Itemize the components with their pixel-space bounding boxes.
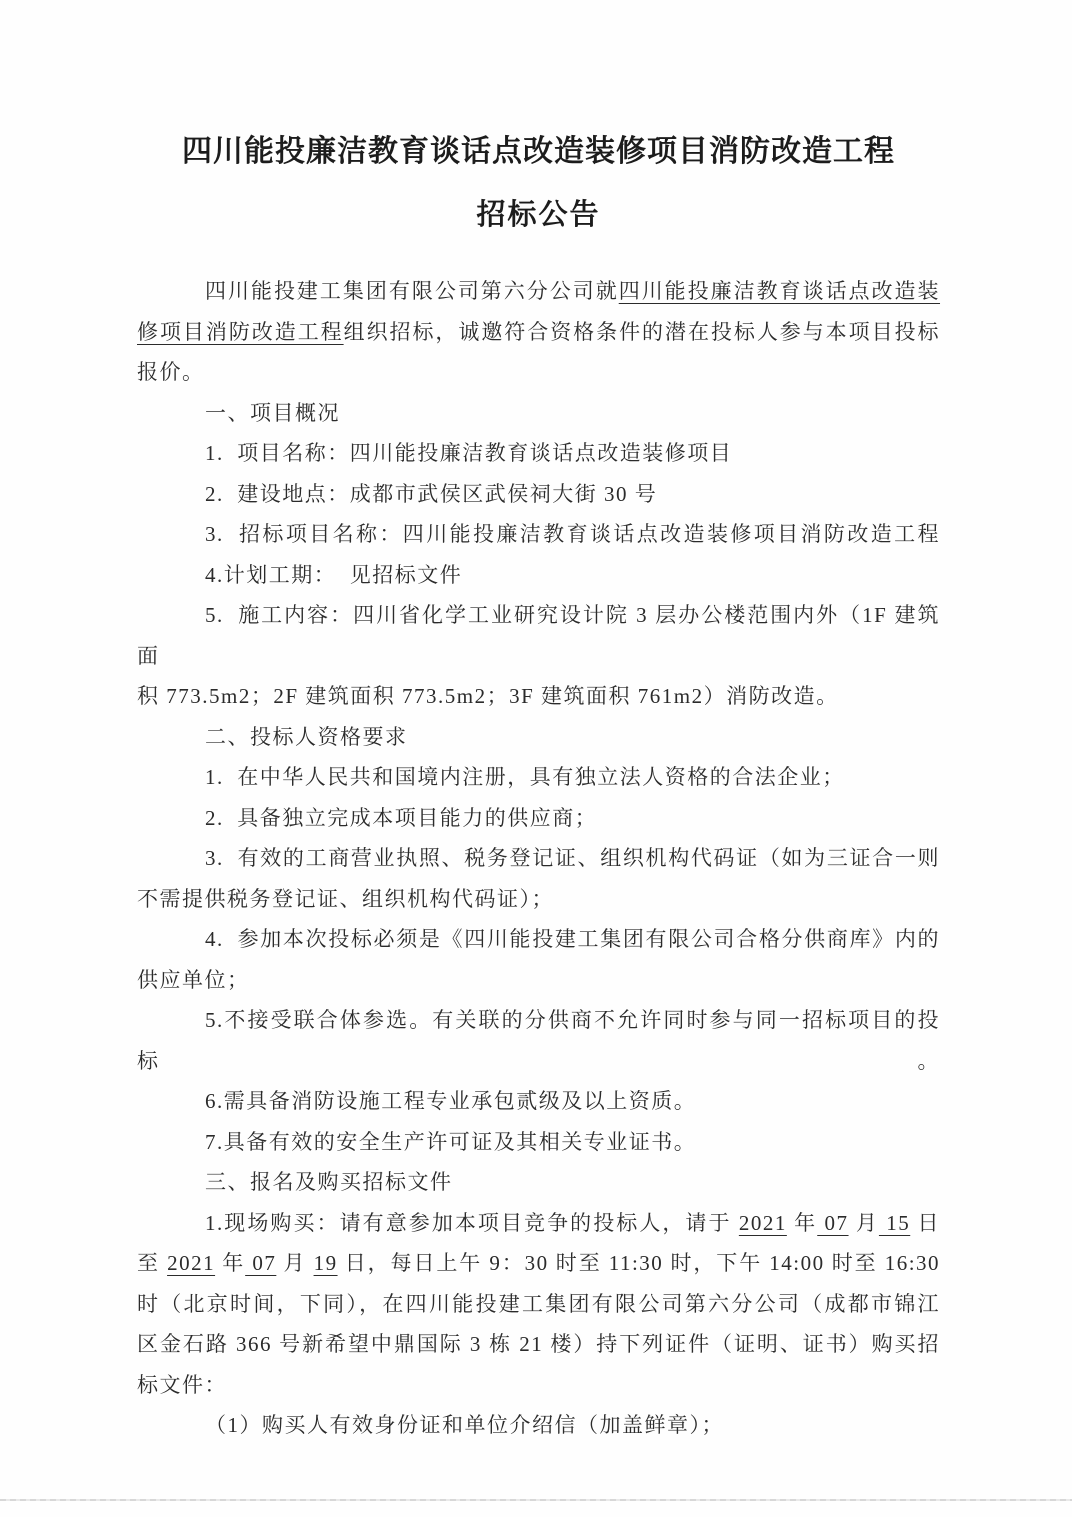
text-line: 二、投标人资格要求 [137, 717, 940, 758]
text-run: 不需提供税务登记证、组织机构代码证）； [137, 887, 554, 911]
text-run: 5. 施工内容：四川省化学工业研究设计院 3 层办公楼范围内外（1F 建筑面 [137, 603, 940, 668]
underlined-text-run: 修项目消防改造工程 [137, 320, 344, 344]
text-run: 一、项目概况 [205, 401, 340, 425]
text-line: 2. 具备独立完成本项目能力的供应商； [137, 798, 940, 839]
text-run: 区金石路 366 号新希望中鼎国际 3 栋 21 楼）持下列证件（证明、证书）购… [137, 1332, 940, 1356]
text-line: 1. 在中华人民共和国境内注册，具有独立法人资格的合法企业； [137, 757, 940, 798]
text-line: 5.不接受联合体参选。有关联的分供商不允许同时参与同一招标项目的投标。 [137, 1000, 940, 1081]
underlined-text-run: 15 [879, 1211, 910, 1235]
underlined-text-run: 四川能投廉洁教育谈话点改造装 [619, 279, 940, 303]
text-run: 2. 具备独立完成本项目能力的供应商； [205, 806, 597, 830]
text-run: 6.需具备消防设施工程专业承包贰级及以上资质。 [205, 1089, 696, 1113]
text-line: 至 2021 年 07 月 19 日，每日上午 9：30 时至 11:30 时，… [137, 1243, 940, 1284]
text-run: 1.现场购买：请有意参加本项目竞争的投标人，请于 [205, 1211, 739, 1235]
text-run: 3. 招标项目名称：四川能投廉洁教育谈话点改造装修项目消防改造工程 [205, 522, 940, 546]
text-line: 四川能投建工集团有限公司第六分公司就四川能投廉洁教育谈话点改造装 [137, 271, 940, 312]
text-run: 月 [849, 1211, 879, 1235]
text-run: 3. 有效的工商营业执照、税务登记证、组织机构代码证（如为三证合一则 [205, 846, 940, 870]
text-line: 不需提供税务登记证、组织机构代码证）； [137, 879, 940, 920]
text-line: 标文件： [137, 1365, 940, 1406]
text-line: 1. 项目名称：四川能投廉洁教育谈话点改造装修项目 [137, 433, 940, 474]
underlined-text-run: 07 [245, 1251, 276, 1275]
text-run: 2. 建设地点：成都市武侯区武侯祠大街 30 号 [205, 482, 657, 506]
text-run: 供应单位； [137, 968, 250, 992]
underlined-text-run: 19 [314, 1251, 338, 1275]
text-run: 年 [215, 1251, 245, 1275]
text-run: 1. 项目名称：四川能投廉洁教育谈话点改造装修项目 [205, 441, 732, 465]
text-line: 6.需具备消防设施工程专业承包贰级及以上资质。 [137, 1081, 940, 1122]
underlined-text-run: 2021 [739, 1211, 787, 1235]
document-subtitle: 招标公告 [137, 193, 940, 237]
text-run: 三、报名及购买招标文件 [205, 1170, 453, 1194]
text-run: 4. 参加本次投标必须是《四川能投建工集团有限公司合格分供商库》内的 [205, 927, 940, 951]
text-run: 报价。 [137, 360, 205, 384]
text-run: 年 [787, 1211, 817, 1235]
document-page: 四川能投廉洁教育谈话点改造装修项目消防改造工程 招标公告 四川能投建工集团有限公… [0, 0, 1072, 1517]
document-content: 四川能投廉洁教育谈话点改造装修项目消防改造工程 招标公告 四川能投建工集团有限公… [137, 130, 940, 1446]
text-line: 供应单位； [137, 960, 940, 1001]
text-line: 区金石路 366 号新希望中鼎国际 3 栋 21 楼）持下列证件（证明、证书）购… [137, 1324, 940, 1365]
underlined-text-run: 07 [817, 1211, 848, 1235]
text-line: 一、项目概况 [137, 393, 940, 434]
text-run: 5.不接受联合体参选。有关联的分供商不允许同时参与同一招标项目的投标。 [137, 1008, 940, 1073]
text-run: 组织招标，诚邀符合资格条件的潜在投标人参与本项目投标 [344, 320, 940, 344]
text-line: 2. 建设地点：成都市武侯区武侯祠大街 30 号 [137, 474, 940, 515]
text-run: 日 [910, 1211, 940, 1235]
text-run: 月 [276, 1251, 313, 1275]
text-line: （1）购买人有效身份证和单位介绍信（加盖鲜章）； [137, 1405, 940, 1446]
text-run: 7.具备有效的安全生产许可证及其相关专业证书。 [205, 1130, 696, 1154]
text-run: 时（北京时间，下同），在四川能投建工集团有限公司第六分公司（成都市锦江 [137, 1292, 940, 1316]
text-run: 四川能投建工集团有限公司第六分公司就 [205, 279, 619, 303]
text-line: 7.具备有效的安全生产许可证及其相关专业证书。 [137, 1122, 940, 1163]
text-run: 日，每日上午 9：30 时至 11:30 时，下午 14:00 时至 16:30 [338, 1251, 941, 1275]
text-run: 1. 在中华人民共和国境内注册，具有独立法人资格的合法企业； [205, 765, 845, 789]
text-line: 3. 有效的工商营业执照、税务登记证、组织机构代码证（如为三证合一则 [137, 838, 940, 879]
scan-artifact-line [0, 1499, 1072, 1501]
text-run: 积 773.5m2；2F 建筑面积 773.5m2；3F 建筑面积 761m2）… [137, 684, 839, 708]
text-run: （1）购买人有效身份证和单位介绍信（加盖鲜章）； [205, 1413, 724, 1437]
text-line: 1.现场购买：请有意参加本项目竞争的投标人，请于 2021 年 07 月 15 … [137, 1203, 940, 1244]
text-line: 4.计划工期： 见招标文件 [137, 555, 940, 596]
document-body: 四川能投建工集团有限公司第六分公司就四川能投廉洁教育谈话点改造装修项目消防改造工… [137, 271, 940, 1446]
text-line: 报价。 [137, 352, 940, 393]
text-run: 标文件： [137, 1373, 227, 1397]
text-line: 4. 参加本次投标必须是《四川能投建工集团有限公司合格分供商库》内的 [137, 919, 940, 960]
underlined-text-run: 2021 [167, 1251, 215, 1275]
text-line: 5. 施工内容：四川省化学工业研究设计院 3 层办公楼范围内外（1F 建筑面 [137, 595, 940, 676]
text-run: 至 [137, 1251, 167, 1275]
text-line: 积 773.5m2；2F 建筑面积 773.5m2；3F 建筑面积 761m2）… [137, 676, 940, 717]
text-line: 修项目消防改造工程组织招标，诚邀符合资格条件的潜在投标人参与本项目投标 [137, 312, 940, 353]
text-run: 二、投标人资格要求 [205, 725, 408, 749]
text-line: 3. 招标项目名称：四川能投廉洁教育谈话点改造装修项目消防改造工程 [137, 514, 940, 555]
document-title: 四川能投廉洁教育谈话点改造装修项目消防改造工程 [137, 130, 940, 174]
text-line: 三、报名及购买招标文件 [137, 1162, 940, 1203]
text-run: 4.计划工期： 见招标文件 [205, 563, 462, 587]
text-line: 时（北京时间，下同），在四川能投建工集团有限公司第六分公司（成都市锦江 [137, 1284, 940, 1325]
